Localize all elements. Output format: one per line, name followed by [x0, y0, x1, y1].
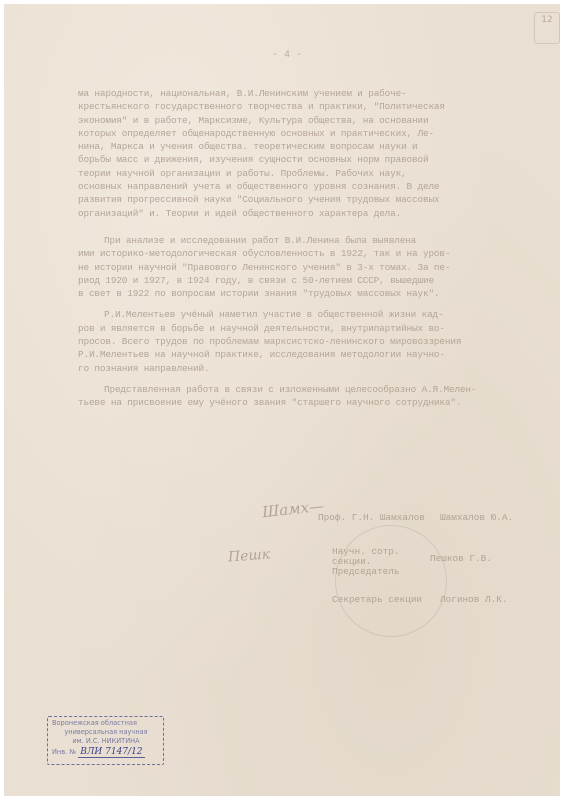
text-line: ров и является в борьбе и научной деятел…: [78, 322, 503, 335]
text-line: Р.И.Мелентьев на научной практике, иссле…: [78, 348, 503, 361]
text-line: просов. Всего трудов по проблемам маркси…: [78, 335, 503, 348]
text-line: в свет в 1922 по вопросам истории знания…: [78, 287, 503, 300]
text-line: ма народности, национальная, В.И.Ленинск…: [78, 87, 503, 100]
text-line: теории научной организации и работы. Про…: [78, 167, 503, 180]
text-line: борьбы масс и движения, изучения сущност…: [78, 153, 503, 166]
text-line: экономия" и в работе, Марксизме, Культур…: [78, 114, 503, 127]
text-line: ими историко-методологическая обусловлен…: [78, 247, 503, 260]
paragraph-3: Р.И.Мелентьев учёный наметил участие в о…: [78, 308, 503, 374]
text-line: организаций" и. Теории и идей общественн…: [78, 207, 503, 220]
stamp-line-2: универсальная научная: [52, 728, 160, 736]
text-line: Р.И.Мелентьев учёный наметил участие в о…: [78, 308, 503, 321]
text-line: го познания направлений.: [78, 362, 503, 375]
corner-page-mark: 12: [534, 12, 560, 44]
text-line: тьеве на присвоение ему учёного звания "…: [78, 396, 503, 409]
text-line: основных направлений учета и общественно…: [78, 180, 503, 193]
stamp-inventory-label: Инв. №: [52, 748, 76, 756]
text-line: не истории научной "Правового Ленинского…: [78, 261, 503, 274]
text-line: развития прогрессивной науки "Социальног…: [78, 193, 503, 206]
document-body: ма народности, национальная, В.И.Ленинск…: [78, 87, 503, 418]
library-inventory-stamp: Воронежская областная универсальная науч…: [47, 716, 164, 765]
stamp-inventory-number: ВЛИ 7147/12: [78, 747, 144, 758]
stamp-line-3: им. И.С. НИКИТИНА: [52, 737, 160, 745]
text-line: нина, Маркса и учения общества. теоретич…: [78, 140, 503, 153]
paragraph-4: Представленная работа в связи с изложенн…: [78, 383, 503, 410]
stamp-line-1: Воронежская областная: [52, 719, 160, 727]
paragraph-1: ма народности, национальная, В.И.Ленинск…: [78, 87, 503, 220]
page-number: - 4 -: [4, 50, 566, 61]
text-line: Представленная работа в связи с изложенн…: [78, 383, 503, 396]
stamp-inventory-row: Инв. № ВЛИ 7147/12: [52, 748, 160, 756]
paragraph-2: При анализе и исследовании работ В.И.Лен…: [78, 234, 503, 300]
text-line: риод 1920 и 1927, в 1924 году, в связи с…: [78, 274, 503, 287]
text-line: крестьянского государственного творчеств…: [78, 100, 503, 113]
text-line: При анализе и исследовании работ В.И.Лен…: [78, 234, 503, 247]
text-line: которых определяет общенародственную осн…: [78, 127, 503, 140]
